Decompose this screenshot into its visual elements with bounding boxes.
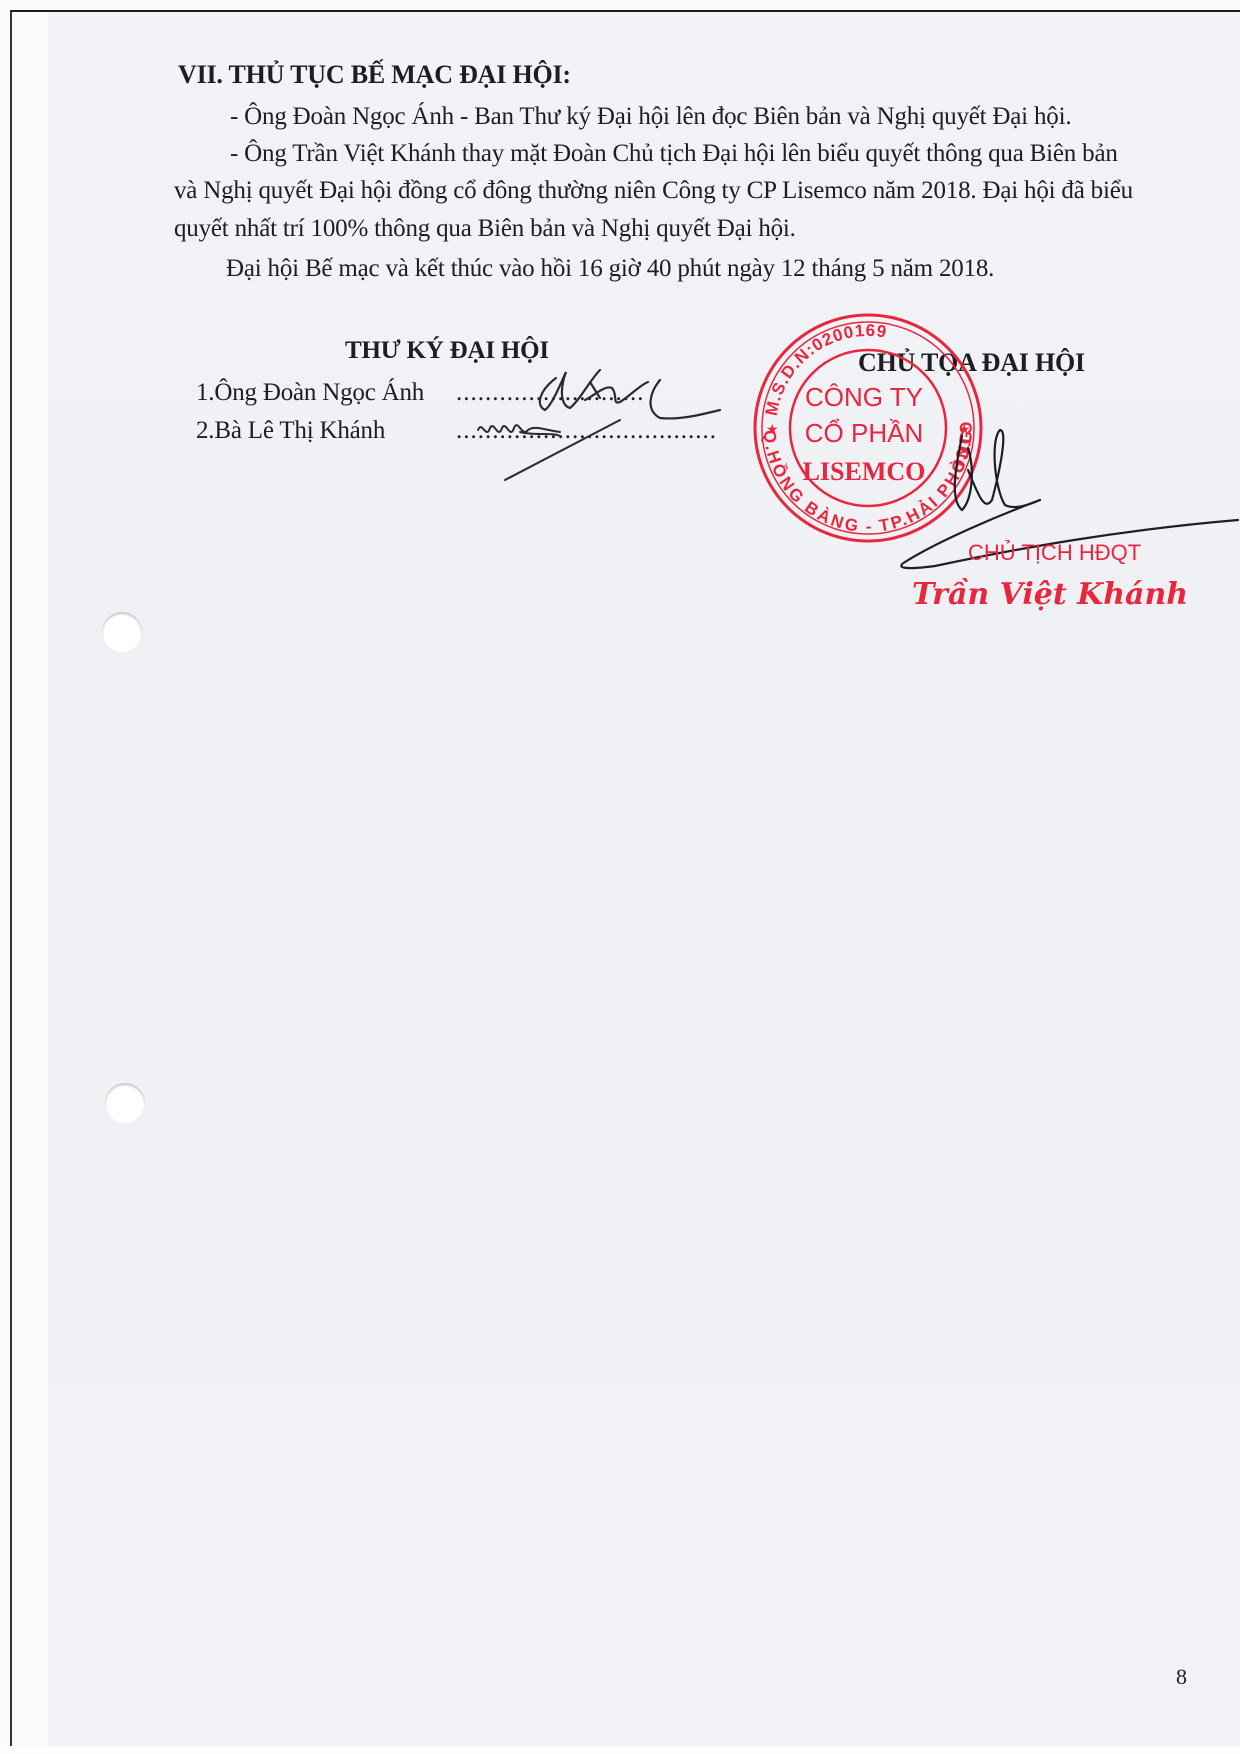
signature-2 [478,420,620,480]
svg-text:CỔ PHẦN: CỔ PHẦN [805,418,923,448]
company-stamp: M.S.D.N:0200169 CTCP Q.HỒNG BÀNG - TP.HẢ… [755,315,992,541]
signer-name: Trần Việt Khánh [912,577,1188,612]
signatures-and-stamp: M.S.D.N:0200169 CTCP Q.HỒNG BÀNG - TP.HẢ… [0,0,1240,1754]
svg-text:★: ★ [766,421,779,437]
svg-text:CÔNG TY: CÔNG TY [805,382,923,412]
page-number: 8 [1176,1664,1187,1690]
signer-title: CHỦ TỊCH HĐQT [968,540,1141,565]
svg-text:★: ★ [958,421,971,437]
svg-text:LISEMCO: LISEMCO [803,457,926,486]
signature-1 [540,370,720,418]
